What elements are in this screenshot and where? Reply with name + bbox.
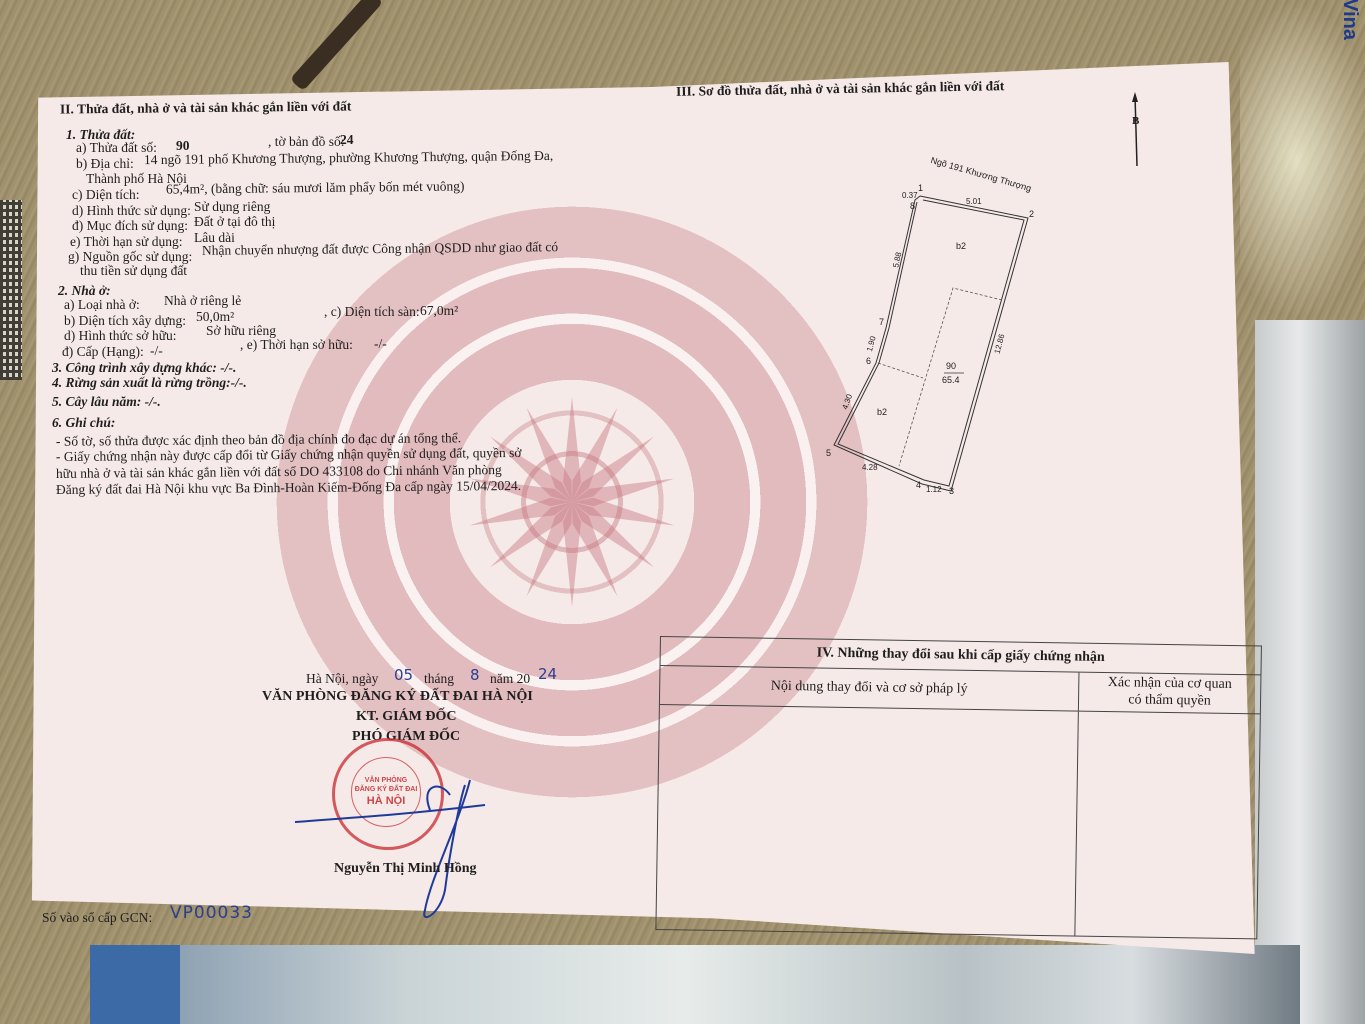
section-2-title: II. Thửa đất, nhà ở và tài sản khác gắn … — [60, 99, 352, 116]
date-year: 24 — [538, 667, 557, 682]
kt-director: KT. GIÁM ĐỐC — [356, 710, 456, 724]
house-type-value: Nhà ở riêng lẻ — [164, 294, 241, 308]
floor-area-value: 67,0m² — [420, 304, 458, 318]
north-arrow-icon — [1120, 90, 1150, 170]
map-sheet-label: , tờ bản đồ số: — [268, 135, 345, 149]
purpose-label: đ) Mục đích sử dụng: — [72, 219, 188, 233]
purpose-value: Đất ở tại đô thị — [194, 215, 275, 229]
parcel-value: 90 — [176, 139, 190, 153]
area-label: c) Diện tích: — [72, 188, 139, 202]
plastic-sleeve-bottom — [180, 945, 1300, 1024]
use-form-label: d) Hình thức sử dụng: — [72, 204, 191, 218]
grade-label: đ) Cấp (Hạng): — [62, 345, 144, 359]
perennial: 5. Cây lâu năm: -/-. — [52, 395, 161, 409]
house-type-label: a) Loại nhà ở: — [64, 298, 140, 312]
origin-value-line2: thu tiền sử dụng đất — [80, 264, 187, 278]
signer-name: Nguyễn Thị Minh Hồng — [334, 862, 477, 876]
notes-heading: 6. Ghi chú: — [52, 416, 115, 430]
qr-code — [0, 200, 22, 380]
own-term-label: , e) Thời hạn sở hữu: — [240, 338, 353, 352]
floor-area-label: , c) Diện tích sàn: — [324, 305, 420, 319]
changes-table: IV. Những thay đổi sau khi cấp giấy chứn… — [655, 636, 1262, 939]
pen — [290, 0, 384, 91]
star-emblem-icon — [462, 392, 682, 612]
address-label: b) Địa chỉ: — [76, 157, 134, 171]
map-sheet-value: 24 — [340, 133, 354, 147]
column-header-authority: Xác nhận của cơ quancó thẩm quyền — [1079, 673, 1261, 714]
plastic-bag-logo: Vina — [1325, 0, 1365, 120]
own-term-value: -/- — [374, 337, 387, 351]
area-value: 65,4m², (bằng chữ: sáu mươi lăm phẩy bốn… — [166, 179, 465, 196]
term-label: e) Thời hạn sử dụng: — [70, 235, 182, 249]
build-area-label: b) Diện tích xây dựng: — [64, 314, 186, 328]
year-label: năm 20 — [490, 672, 530, 686]
ownership-value: Sở hữu riêng — [206, 324, 276, 338]
origin-label: g) Nguồn gốc sử dụng: — [68, 250, 192, 264]
change-content-cell — [656, 705, 1078, 936]
ownership-label: d) Hình thức sở hữu: — [64, 329, 177, 343]
date-prefix: Hà Nội, ngày — [306, 672, 378, 686]
blue-folder — [90, 945, 180, 1024]
build-area-value: 50,0m² — [196, 310, 234, 324]
plastic-sleeve-right — [1255, 320, 1365, 1024]
parcel-diagram — [820, 180, 1060, 500]
office-name: VĂN PHÒNG ĐĂNG KÝ ĐẤT ĐAI HÀ NỘI — [262, 690, 533, 704]
month-label: tháng — [424, 672, 454, 686]
grade-value: -/- — [150, 344, 163, 358]
column-header-change-content: Nội dung thay đổi và cơ sở pháp lý — [660, 666, 1080, 711]
registry-label: Số vào sổ cấp GCN: — [42, 911, 152, 925]
use-form-value: Sử dụng riêng — [194, 200, 270, 214]
north-label: B — [1132, 116, 1139, 127]
date-day: 05 — [394, 668, 413, 683]
house-heading: 2. Nhà ở: — [58, 284, 111, 298]
other-works: 3. Công trình xây dựng khác: -/-. — [52, 361, 236, 375]
registry-value: VP00033 — [170, 905, 253, 922]
signature-scribble — [290, 740, 490, 920]
date-month: 8 — [470, 668, 480, 683]
forest: 4. Rừng sản xuất là rừng trồng:-/-. — [52, 376, 247, 390]
